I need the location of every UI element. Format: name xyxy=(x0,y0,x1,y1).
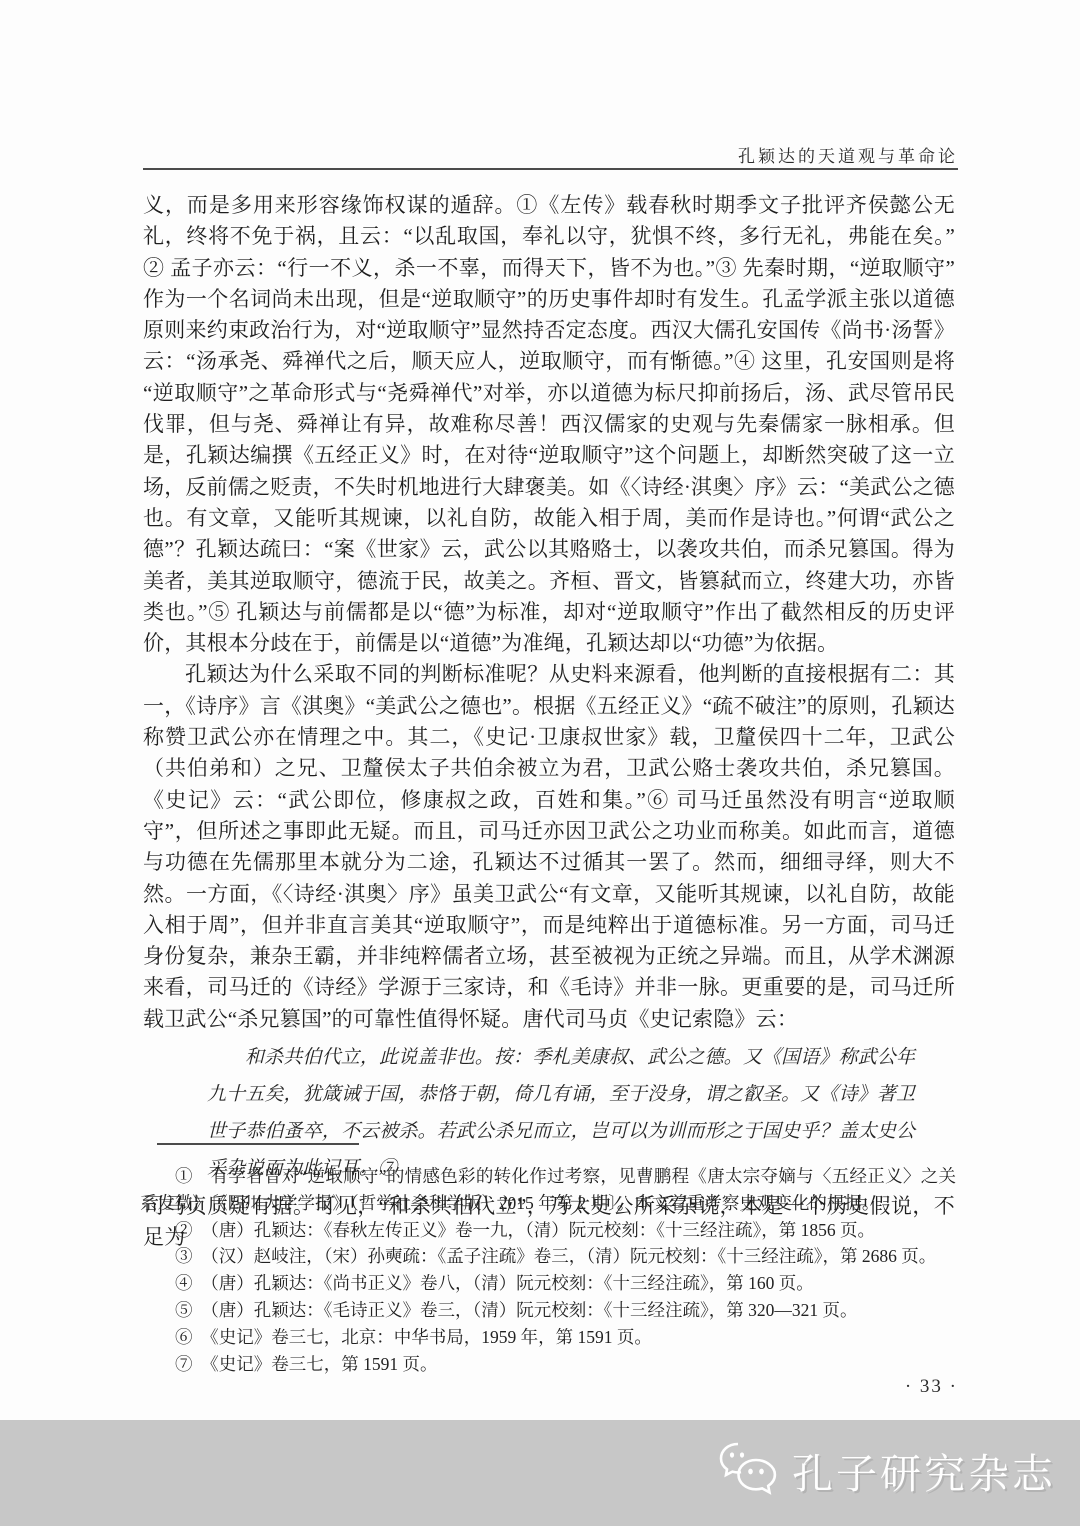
footnote-item: ⑦ 《史记》卷三七，第 1591 页。 xyxy=(140,1351,956,1378)
footnote-item: ② （唐）孔颖达：《春秋左传正义》卷一九，（清）阮元校刻：《十三经注疏》，第 1… xyxy=(140,1217,956,1244)
running-head: 孔颖达的天道观与革命论 xyxy=(738,142,958,167)
footnote-list: ① 有学者曾对“逆取顺守”的情感色彩的转化作过考察，见曹鹏程《唐太宗夺嫡与〈五经… xyxy=(140,1163,956,1377)
page-number: · 33 · xyxy=(905,1376,958,1398)
journal-page: 孔颖达的天道观与革命论 义，而是多用来形容缘饰权谋的遁辞。①《左传》载春秋时期季… xyxy=(0,0,1080,1526)
article-body: 义，而是多用来形容缘饰权谋的遁辞。①《左传》载春秋时期季文子批评齐侯懿公无礼，终… xyxy=(143,190,955,1254)
paragraph: 孔颖达为什么采取不同的判断标准呢？从史料来源看，他判断的直接根据有二：其一，《诗… xyxy=(143,659,955,1035)
watermark-text: 孔子研究杂志 xyxy=(792,1441,1056,1500)
footnote-item: ⑤ （唐）孔颖达：《毛诗正义》卷三，（清）阮元校刻：《十三经注疏》，第 320—… xyxy=(140,1297,956,1324)
footnote-separator xyxy=(157,1143,359,1145)
footnote-item: ① 有学者曾对“逆取顺守”的情感色彩的转化作过考察，见曹鹏程《唐太宗夺嫡与〈五经… xyxy=(140,1163,956,1217)
footnote-item: ③ （汉）赵岐注，（宋）孙奭疏：《孟子注疏》卷三，（清）阮元校刻：《十三经注疏》… xyxy=(140,1243,956,1270)
paragraph: 义，而是多用来形容缘饰权谋的遁辞。①《左传》载春秋时期季文子批评齐侯懿公无礼，终… xyxy=(143,190,955,659)
footnote-item: ⑥ 《史记》卷三七，北京：中华书局，1959 年，第 1591 页。 xyxy=(140,1324,956,1351)
watermark: 孔子研究杂志 xyxy=(716,1438,1056,1502)
header-rule xyxy=(143,168,958,170)
wechat-logo-icon xyxy=(716,1438,780,1502)
footnote-item: ④ （唐）孔颖达：《尚书正义》卷八，（清）阮元校刻：《十三经注疏》，第 160 … xyxy=(140,1270,956,1297)
footer-band: 孔子研究杂志 xyxy=(0,1420,1080,1526)
